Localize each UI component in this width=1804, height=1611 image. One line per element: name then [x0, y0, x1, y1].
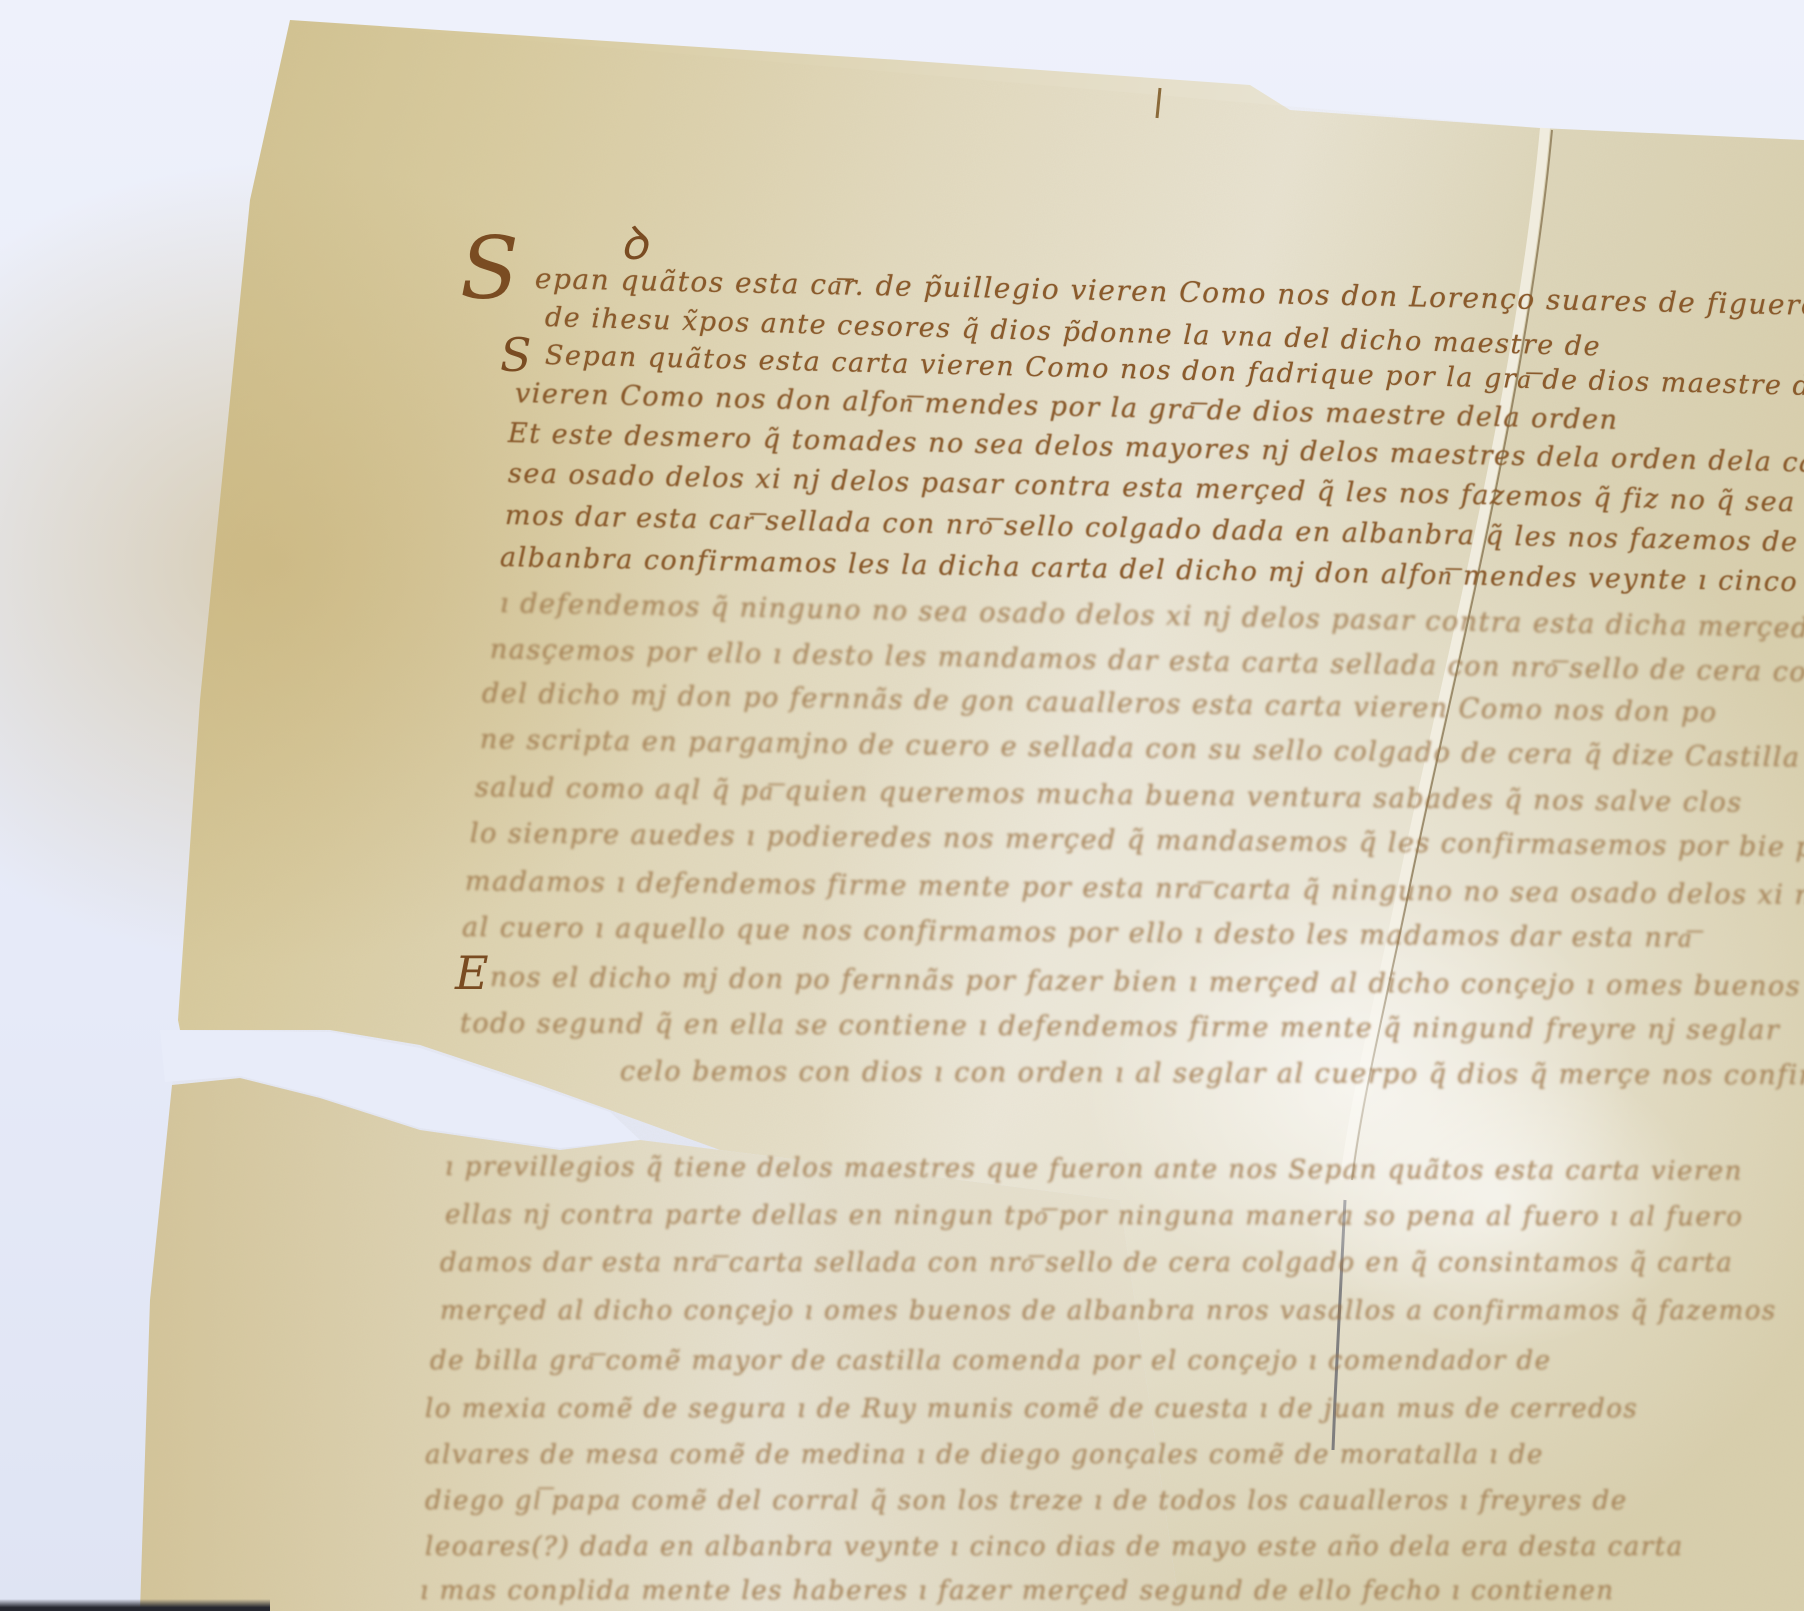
manuscript-line: de billa gra͞ comẽ mayor de castilla com… [430, 1346, 1552, 1376]
manuscript-line: lo mexia comẽ de segura ı de Ruy munis c… [425, 1394, 1638, 1424]
scanner-edge-shadow [0, 1599, 270, 1611]
manuscript-line: merçed al dicho conçejo ı omes buenos de… [440, 1296, 1777, 1326]
manuscript-line: ı previllegios q̃ tiene delos maestres q… [445, 1152, 1743, 1187]
manuscript-line: ı mas conplida mente les haberes ı fazer… [420, 1576, 1615, 1606]
manuscript-line: leoares(?) dada en albanbra veynte ı cin… [425, 1532, 1684, 1562]
manuscript-line: damos dar esta nra͞ carta sellada con nr… [440, 1248, 1733, 1278]
manuscript-line: alvares de mesa comẽ de medina ı de dieg… [425, 1440, 1544, 1470]
manuscript-line: celo bemos con dios ı con orden ı al seg… [620, 1056, 1804, 1092]
manuscript-line: diego gl͞ papa comẽ del corral q̃ son lo… [425, 1486, 1628, 1516]
photo-stage: S ꝺ S E epan quãtos esta ca͞r. de p̃uill… [0, 0, 1804, 1611]
manuscript-line: ellas nj contra parte dellas en ningun t… [445, 1200, 1743, 1232]
